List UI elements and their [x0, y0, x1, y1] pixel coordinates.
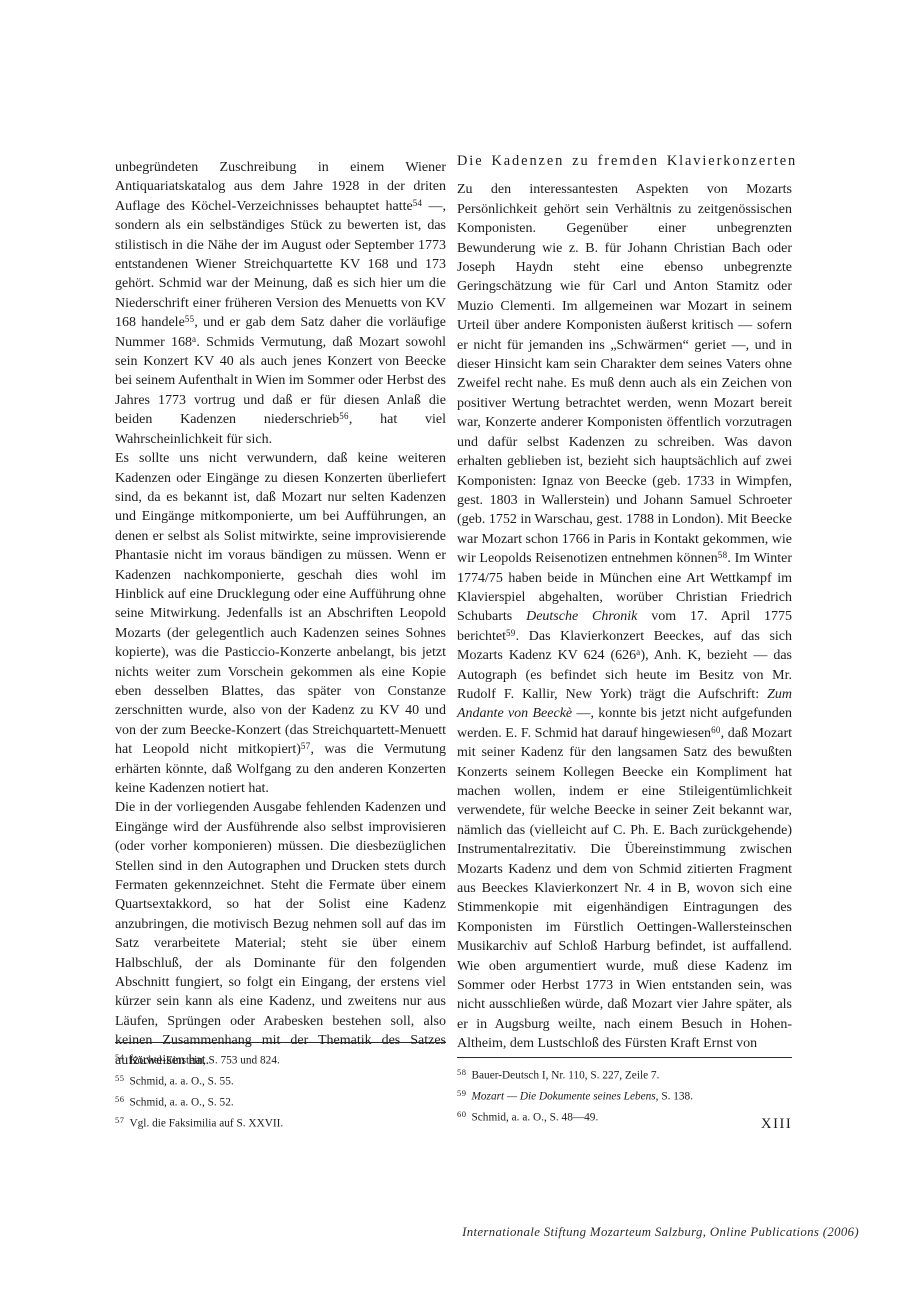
footnote: 55Schmid, a. a. O., S. 55. [115, 1070, 446, 1091]
right-column-text: Zu den interessantesten Aspekten von Moz… [457, 180, 792, 1053]
footnote: 60Schmid, a. a. O., S. 48—49. [457, 1106, 792, 1127]
footnote-reference: a [636, 647, 640, 657]
footnote-reference: 54 [413, 198, 423, 208]
footnote-reference: 60 [711, 725, 721, 735]
paragraph: Zu den interessantesten Aspekten von Moz… [457, 180, 792, 1053]
footnote-number: 55 [115, 1073, 125, 1083]
footnote: 57Vgl. die Faksimilia auf S. XXVII. [115, 1112, 446, 1133]
footnote-number: 59 [457, 1088, 467, 1098]
right-footnotes: 58Bauer-Deutsch I, Nr. 110, S. 227, Zeil… [457, 1057, 792, 1127]
publication-footer: Internationale Stiftung Mozarteum Salzbu… [462, 1225, 859, 1240]
italic-text: Mozart — Die Dokumente seines Lebens [472, 1091, 656, 1103]
footnote-reference: a [192, 334, 196, 344]
footnote-number: 54 [115, 1052, 125, 1062]
footnote-reference: 55 [185, 314, 195, 324]
footnote: 54Köchel-Einstein, S. 753 und 824. [115, 1049, 446, 1070]
left-column-text: unbegründeten Zuschreibung in einem Wien… [115, 158, 446, 1070]
footnote-number: 58 [457, 1067, 467, 1077]
footnote: 56Schmid, a. a. O., S. 52. [115, 1091, 446, 1112]
paragraph: Es sollte uns nicht verwundern, daß kein… [115, 449, 446, 798]
footnote-number: 60 [457, 1109, 467, 1119]
paragraph: Die in der vorliegenden Ausgabe fehlende… [115, 798, 446, 1070]
footnote-reference: 56 [339, 411, 349, 421]
footnote-number: 57 [115, 1115, 125, 1125]
footnote-reference: 59 [506, 628, 516, 638]
italic-text: Zum Andante von Beeckè [457, 687, 792, 721]
left-footnotes: 54Köchel-Einstein, S. 753 und 824.55Schm… [115, 1042, 446, 1133]
italic-text: Deutsche Chronik [526, 609, 637, 624]
page-number: XIII [761, 1116, 792, 1133]
footnote-reference: 58 [718, 550, 728, 560]
right-column: Die Kadenzen zu fremden Klavierkonzerten… [457, 152, 792, 1054]
footnote-reference: 57 [301, 741, 311, 751]
footnote: 58Bauer-Deutsch I, Nr. 110, S. 227, Zeil… [457, 1064, 792, 1085]
footnote: 59Mozart — Die Dokumente seines Lebens, … [457, 1085, 792, 1106]
footnote-number: 56 [115, 1094, 125, 1104]
section-heading: Die Kadenzen zu fremden Klavierkonzerten [457, 152, 792, 171]
paragraph: unbegründeten Zuschreibung in einem Wien… [115, 158, 446, 449]
